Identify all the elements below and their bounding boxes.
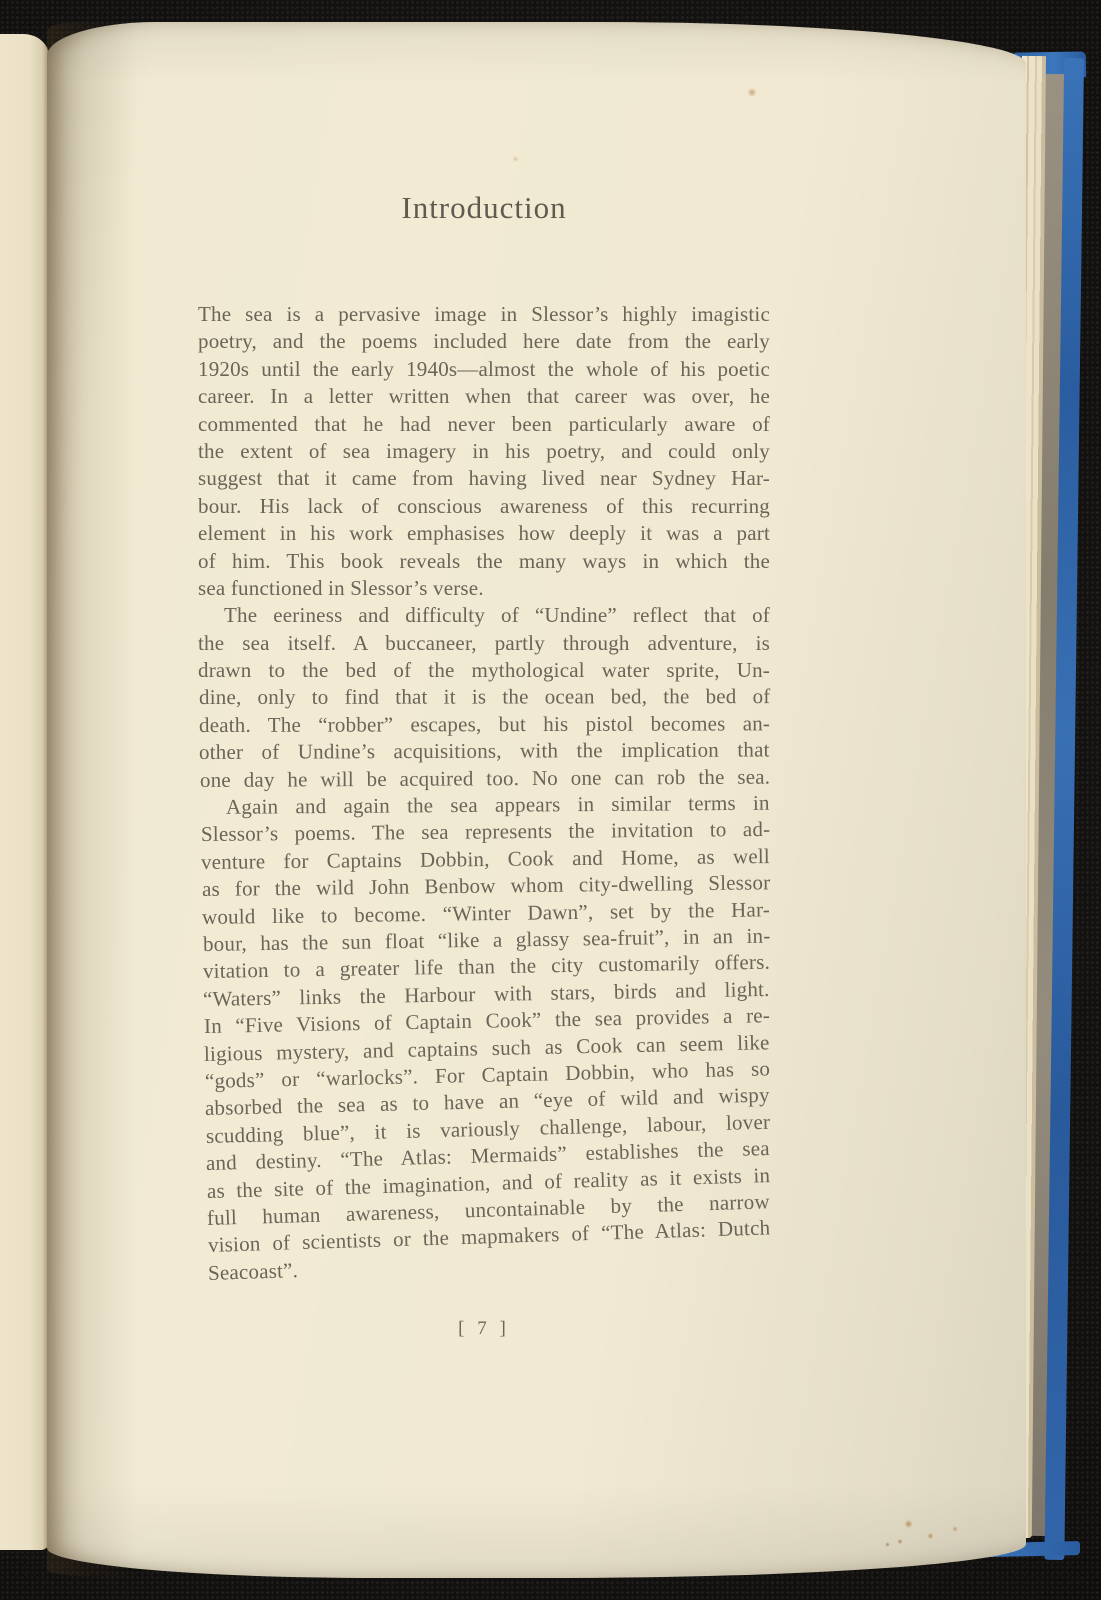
foxing-spot <box>952 1526 958 1532</box>
book-page: Introduction The sea is a pervasive imag… <box>47 22 1026 1578</box>
text-line: 1920s until the early 1940s—almost the w… <box>198 356 770 383</box>
text-line: death. The “robber” escapes, but his pis… <box>199 710 770 739</box>
text-line: drawn to the bed of the mythological wat… <box>198 657 770 684</box>
foxing-spot <box>897 1539 903 1544</box>
text-line: career. In a letter written when that ca… <box>198 383 770 410</box>
foxing-spot <box>904 1520 913 1528</box>
text-line: bour. His lack of conscious awareness of… <box>198 493 770 520</box>
text-line: poetry, and the poems included here date… <box>198 328 770 355</box>
chapter-title: Introduction <box>198 190 770 226</box>
text-line: the extent of sea imagery in his poetry,… <box>198 438 770 465</box>
foxing-spot <box>885 1542 890 1547</box>
text-line: suggest that it came from having lived n… <box>198 465 770 492</box>
text-line: element in his work emphasises how deepl… <box>198 520 770 547</box>
facing-page-sliver <box>0 34 49 1550</box>
page-number: [ 7 ] <box>198 1318 770 1340</box>
gutter-shadow <box>47 22 137 1578</box>
text-line: The sea is a pervasive image in Slessor’… <box>198 301 770 328</box>
text-line: The eeriness and difficulty of “Undine” … <box>198 602 770 629</box>
text-line: other of Undine’s acquisitions, with the… <box>199 737 770 767</box>
foxing-spot <box>512 156 519 162</box>
open-book-photo: Introduction The sea is a pervasive imag… <box>0 0 1101 1600</box>
body-text: The sea is a pervasive image in Slessor’… <box>198 301 770 1287</box>
text-line: sea functioned in Slessor’s verse. <box>198 575 770 602</box>
text-line: dine, only to find that it is the ocean … <box>198 684 770 712</box>
text-line: commented that he had never been particu… <box>198 411 770 438</box>
text-line: the sea itself. A buccaneer, partly thro… <box>198 630 770 657</box>
foxing-spot <box>927 1533 934 1539</box>
foxing-spot <box>747 88 757 97</box>
text-line: of him. This book reveals the many ways … <box>198 548 770 575</box>
